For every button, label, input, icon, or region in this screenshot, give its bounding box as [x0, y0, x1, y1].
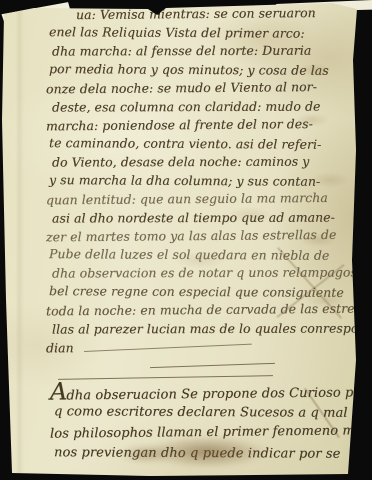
catchword-flourish: [84, 344, 252, 352]
manuscript-line: dha marcha: al fensse del norte: Duraria: [52, 42, 364, 62]
ink-flourish: [276, 264, 344, 318]
manuscript-line: bel crese regne con especial que consigu…: [49, 283, 361, 303]
manuscript-line: por media hora y qos minutos; y cosa de …: [49, 61, 361, 81]
ink-flourish: [304, 388, 340, 438]
ink-smudge-stain: [146, 436, 268, 468]
manuscript-paragraph-1: ua: Vemisa mientras: se con seruaron ene…: [46, 6, 358, 358]
manuscript-line: do Viento, desase dela noche: caminos y: [52, 153, 364, 173]
manuscript-line: onze dela noche: se mudo el Viento al no…: [46, 79, 358, 100]
scanned-document-photo: ua: Vemisa mientras: se con seruaron ene…: [0, 0, 372, 480]
manuscript-line: y su marcha la dha columna; y sus contan…: [49, 172, 361, 192]
manuscript-line: Adha obseruacion Se propone dos Curioso …: [50, 382, 358, 406]
manuscript-line: marcha: poniendose al frente del nor des…: [46, 116, 358, 137]
manuscript-line: te caminando, contra viento. asi del ref…: [49, 135, 361, 155]
flourished-initial: A: [50, 377, 67, 405]
manuscript-line: ua: Vemisa mientras: se con seruaron: [46, 5, 358, 26]
catchword: dian: [46, 340, 74, 355]
manuscript-line: los philosophos llaman el primer fenomen…: [50, 423, 358, 447]
manuscript-line: asi al dho nordeste al tiempo que ad ama…: [52, 209, 364, 229]
manuscript-line: dha observacion es de notar q unos relam…: [52, 264, 364, 284]
manuscript-catchword-line: dian: [46, 338, 358, 359]
ink-smudge-stain: [118, 444, 174, 464]
manuscript-line: Pube della luzes el sol quedara en niebl…: [49, 246, 361, 266]
manuscript-line: enel las Reliquias Vista del primer arco…: [49, 24, 361, 44]
manuscript-page: ua: Vemisa mientras: se con seruaron ene…: [0, 0, 372, 480]
manuscript-paragraph-2: Adha obseruacion Se propone dos Curioso …: [50, 384, 358, 466]
ink-flourish: [277, 247, 342, 319]
manuscript-line: nos previengan dho q puede indicar por s…: [54, 445, 362, 467]
manuscript-line: toda la noche: en mucha de carvada de la…: [46, 301, 358, 322]
manuscript-line: llas al parezer lucian mas de lo quales …: [52, 320, 364, 340]
paragraph-rule: [150, 363, 275, 368]
manuscript-line: deste, esa columna con claridad: mudo de: [52, 98, 364, 118]
paragraph-rule: [58, 375, 273, 380]
manuscript-line: quan lentitud: que aun seguio la ma marc…: [46, 190, 358, 211]
manuscript-line-text: dha obseruacion Se propone dos Curioso p…: [66, 385, 372, 403]
manuscript-line: q como escritores declaren Sucesos a q m…: [54, 404, 362, 426]
manuscript-line: zer el martes tomo ya las alas las estre…: [46, 227, 358, 248]
